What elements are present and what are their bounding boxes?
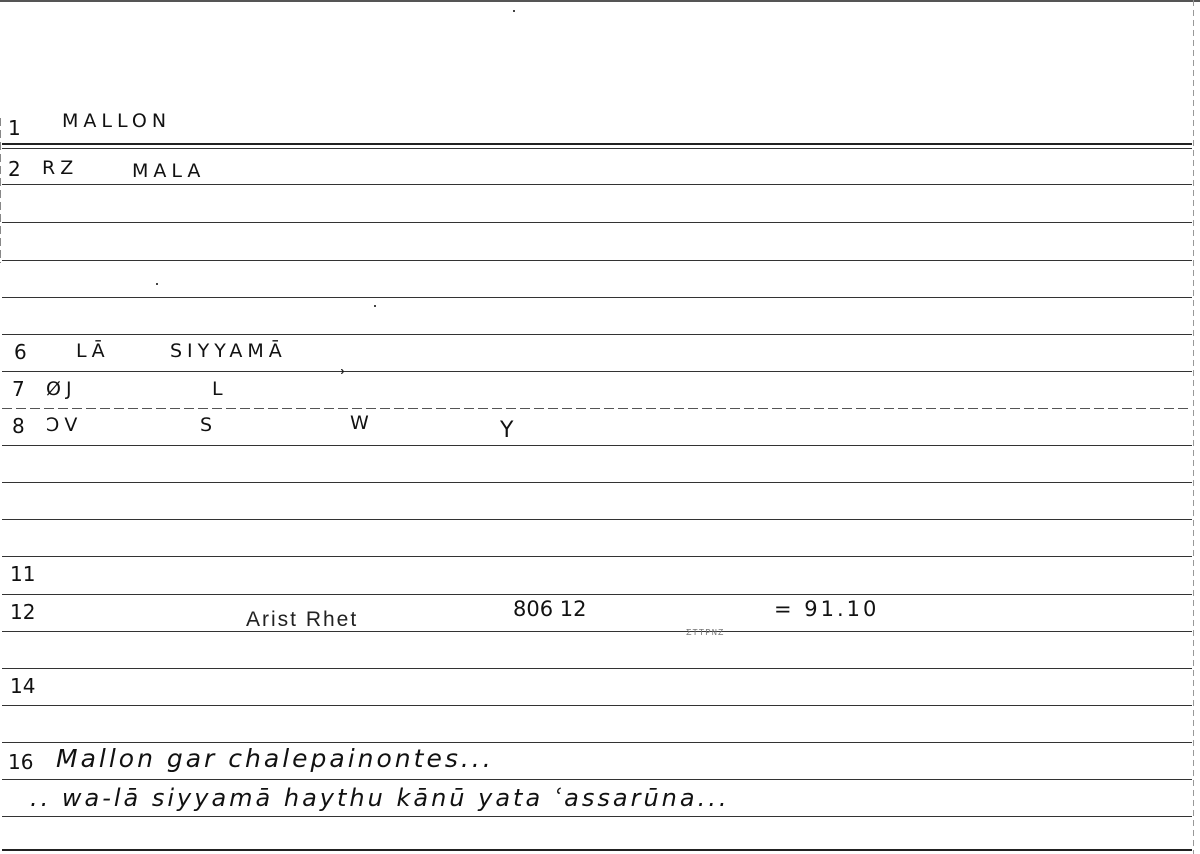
ruled-line [2,260,1192,261]
line-number: 6 [14,340,27,364]
speck [156,283,158,285]
line-number: 1 [8,116,21,140]
line-number: 7 [12,377,25,401]
speck [513,10,515,12]
entry-text: ƆV [46,414,82,436]
ruled-line [2,779,1192,780]
ruled-line [2,222,1192,223]
entry-text: W [350,412,374,434]
line-number: 16 [8,750,33,774]
entry-text: S [200,414,217,436]
card-top-border [0,0,1200,2]
entry-text: MALA [132,160,205,182]
entry-text: RZ [42,157,78,179]
ruled-line [2,445,1192,446]
ruled-line [2,594,1192,595]
card-left-border [0,118,1,263]
ruled-line [2,816,1192,817]
ruled-line [2,519,1192,520]
citation-number: = 91.10 [774,597,879,621]
ruled-line [2,334,1192,335]
ruled-line [2,668,1192,669]
ruled-line [2,482,1192,483]
line-number: 12 [10,600,35,624]
ruled-line [2,705,1192,706]
citation-number: 806 12 [513,597,586,621]
index-card-page: 1 MALLON 2 RZ MALA 6 LĀ SIYYAMĀ 7 ØJ L ʾ… [0,0,1200,854]
ruled-line [2,631,1192,632]
source-reference: Arist Rhet [246,608,358,632]
entry-text: ØJ [46,378,77,400]
ruled-line [2,148,1192,149]
entry-text: SIYYAMĀ [170,340,287,362]
ruled-line [2,408,1192,409]
entry-text: LĀ [76,340,110,362]
line-number: 14 [10,674,35,698]
entry-text: Y [500,418,518,443]
line-number: 2 [8,157,21,181]
ruled-line [2,742,1192,743]
ruled-line [2,143,1192,145]
headword: MALLON [62,110,171,132]
faint-stamp: ΣΤΤΡΝΖ [686,628,724,638]
quotation-greek: Mallon gar chalepainontes... [56,744,494,773]
ruled-line [2,556,1192,557]
card-right-border [1193,0,1194,854]
ruled-line [2,297,1192,298]
ruled-line [2,371,1192,372]
ruled-line [2,184,1192,185]
line-number: 8 [12,414,25,438]
speck [374,305,376,307]
entry-text: L [212,378,228,400]
ruled-line [2,849,1192,851]
quotation-arabic: .. wa-lā siyyamā haythu kānū yata ʿassar… [30,784,729,812]
line-number: 11 [10,562,35,586]
entry-text: ʾ [340,366,351,388]
